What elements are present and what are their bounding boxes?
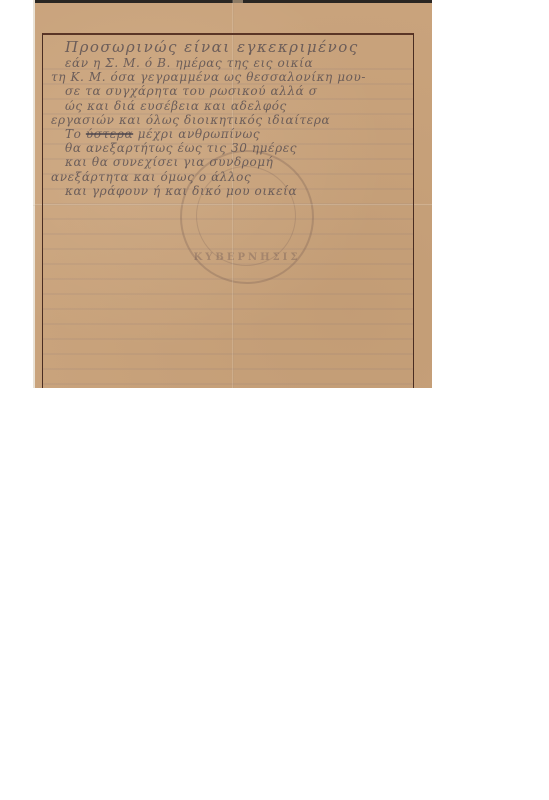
letter-line: ανεξάρτητα και όμως ο άλλος <box>51 170 411 184</box>
letter-line: τη Κ. Μ. όσα γεγραμμένα ως θεσσαλονίκη μ… <box>51 70 411 84</box>
letter-line: εάν η Σ. Μ. ό Β. ημέρας της εις οικία <box>51 56 411 70</box>
scanned-letter: ΚΥΒΕΡΝΗΣΙΣ Προσωρινώς είναι εγκεκριμένος… <box>33 0 432 388</box>
letter-line-with-strikeout: Το ύστερα μέχρι ανθρωπίνως <box>51 127 411 141</box>
letter-line: εργασιών και όλως διοικητικός ιδιαίτερα <box>51 113 411 127</box>
scan-left-edge <box>33 0 35 388</box>
scan-edge-gap <box>233 0 243 3</box>
letter-line: θα ανεξαρτήτως έως τις 30 ημέρες <box>51 141 411 155</box>
struck-out-word: ύστερα <box>86 127 133 141</box>
letter-line: και θα συνεχίσει για συνδρομή <box>51 155 411 169</box>
letter-line: και γράφουν ή και δικό μου οικεία <box>51 184 411 198</box>
letter-line: ώς και διά ευσέβεια και αδελφός <box>51 99 411 113</box>
handwritten-text: Προσωρινώς είναι εγκεκριμένος εάν η Σ. Μ… <box>51 38 411 198</box>
letter-fragment: Το <box>65 127 81 141</box>
letter-line: σε τα συγχάρητα του ρωσικού αλλά σ <box>51 84 411 98</box>
letter-heading: Προσωρινώς είναι εγκεκριμένος <box>51 38 411 56</box>
letter-fragment: μέχρι ανθρωπίνως <box>138 127 261 141</box>
